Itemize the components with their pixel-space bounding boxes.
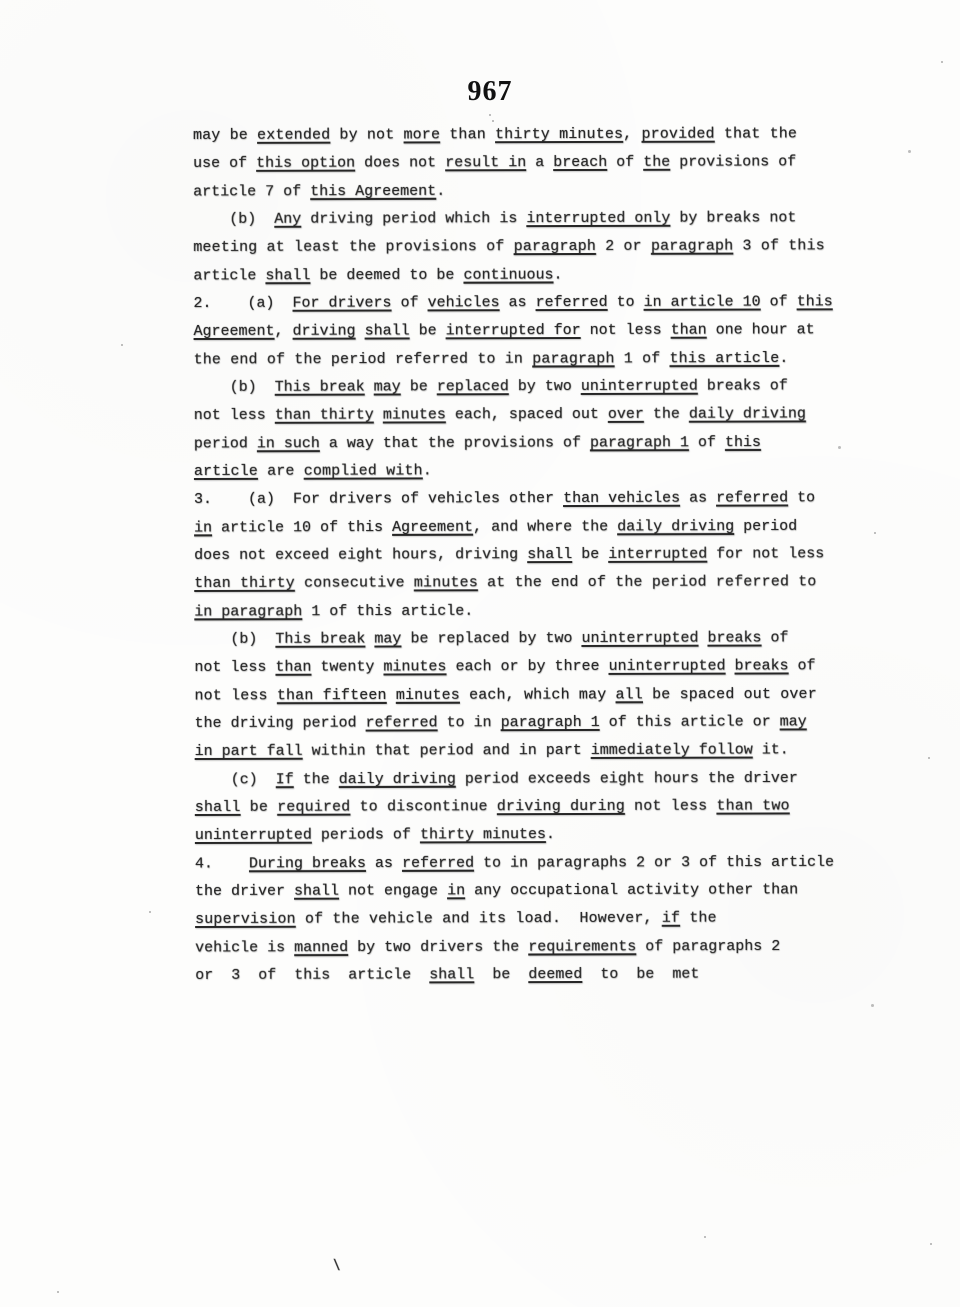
text-line: in part fall within that period and in p…	[195, 736, 834, 766]
document-page: 967 may be extended by not more than thi…	[0, 0, 960, 1307]
text-line: period in such a way that the provisions…	[194, 429, 833, 459]
text-line: supervision of the vehicle and its load.…	[195, 904, 834, 934]
text-line: shall be required to discontinue driving…	[195, 792, 834, 822]
scan-speck	[57, 1291, 59, 1293]
text-line: the driving period referred to in paragr…	[195, 708, 834, 738]
text-line: (c) If the daily driving period exceeds …	[195, 765, 834, 795]
text-line: Agreement, driving shall be interrupted …	[194, 316, 833, 346]
scan-speck	[492, 120, 494, 122]
text-line: 4. During breaks as referred to in parag…	[195, 849, 834, 879]
text-line: 2. (a) For drivers of vehicles as referr…	[193, 288, 832, 318]
scan-speck	[871, 1004, 874, 1007]
scan-speck	[930, 1243, 932, 1245]
text-line: article 7 of this Agreement.	[193, 177, 832, 207]
text-line: in article 10 of this Agreement, and whe…	[194, 513, 833, 543]
text-line: 3. (a) For drivers of vehicles other tha…	[194, 484, 833, 514]
text-line: (b) This break may be replaced by two un…	[194, 624, 833, 654]
text-line: uninterrupted periods of thirty minutes.	[195, 820, 834, 850]
scan-speck	[489, 114, 491, 116]
text-line: not less than twenty minutes each or by …	[194, 652, 833, 682]
text-line: (b) Any driving period which is interrup…	[193, 204, 832, 234]
scan-speck	[874, 532, 876, 534]
text-line: does not exceed eight hours, driving sha…	[194, 540, 833, 570]
page-number: 967	[455, 76, 525, 108]
text-line: not less than fifteen minutes each, whic…	[194, 681, 833, 711]
text-line: than thirty consecutive minutes at the e…	[194, 568, 833, 598]
text-line: in paragraph 1 of this article.	[194, 597, 833, 627]
stray-pen-mark: \	[331, 1258, 342, 1276]
text-line: (b) This break may be replaced by two un…	[194, 372, 833, 402]
text-line: the driver shall not engage in any occup…	[195, 876, 834, 906]
text-line: the end of the period referred to in par…	[194, 345, 833, 375]
text-line: use of this option does not result in a …	[193, 148, 832, 178]
scan-speck	[928, 757, 930, 759]
text-line: article shall be deemed to be continuous…	[193, 261, 832, 291]
text-line: may be extended by not more than thirty …	[193, 120, 832, 150]
page-body-text: may be extended by not more than thirty …	[193, 120, 834, 990]
scan-speck	[838, 446, 841, 449]
scan-speck	[941, 61, 943, 63]
text-line: not less than thirty minutes each, space…	[194, 400, 833, 430]
scan-speck	[704, 1236, 706, 1238]
text-line: vehicle is manned by two drivers the req…	[195, 933, 834, 963]
text-line: article are complied with.	[194, 456, 833, 486]
scan-speck	[149, 911, 151, 913]
text-line: or 3 of this article shall be deemed to …	[195, 960, 834, 990]
scan-speck	[908, 150, 911, 153]
scan-speck	[121, 344, 123, 346]
text-line: meeting at least the provisions of parag…	[193, 232, 832, 262]
